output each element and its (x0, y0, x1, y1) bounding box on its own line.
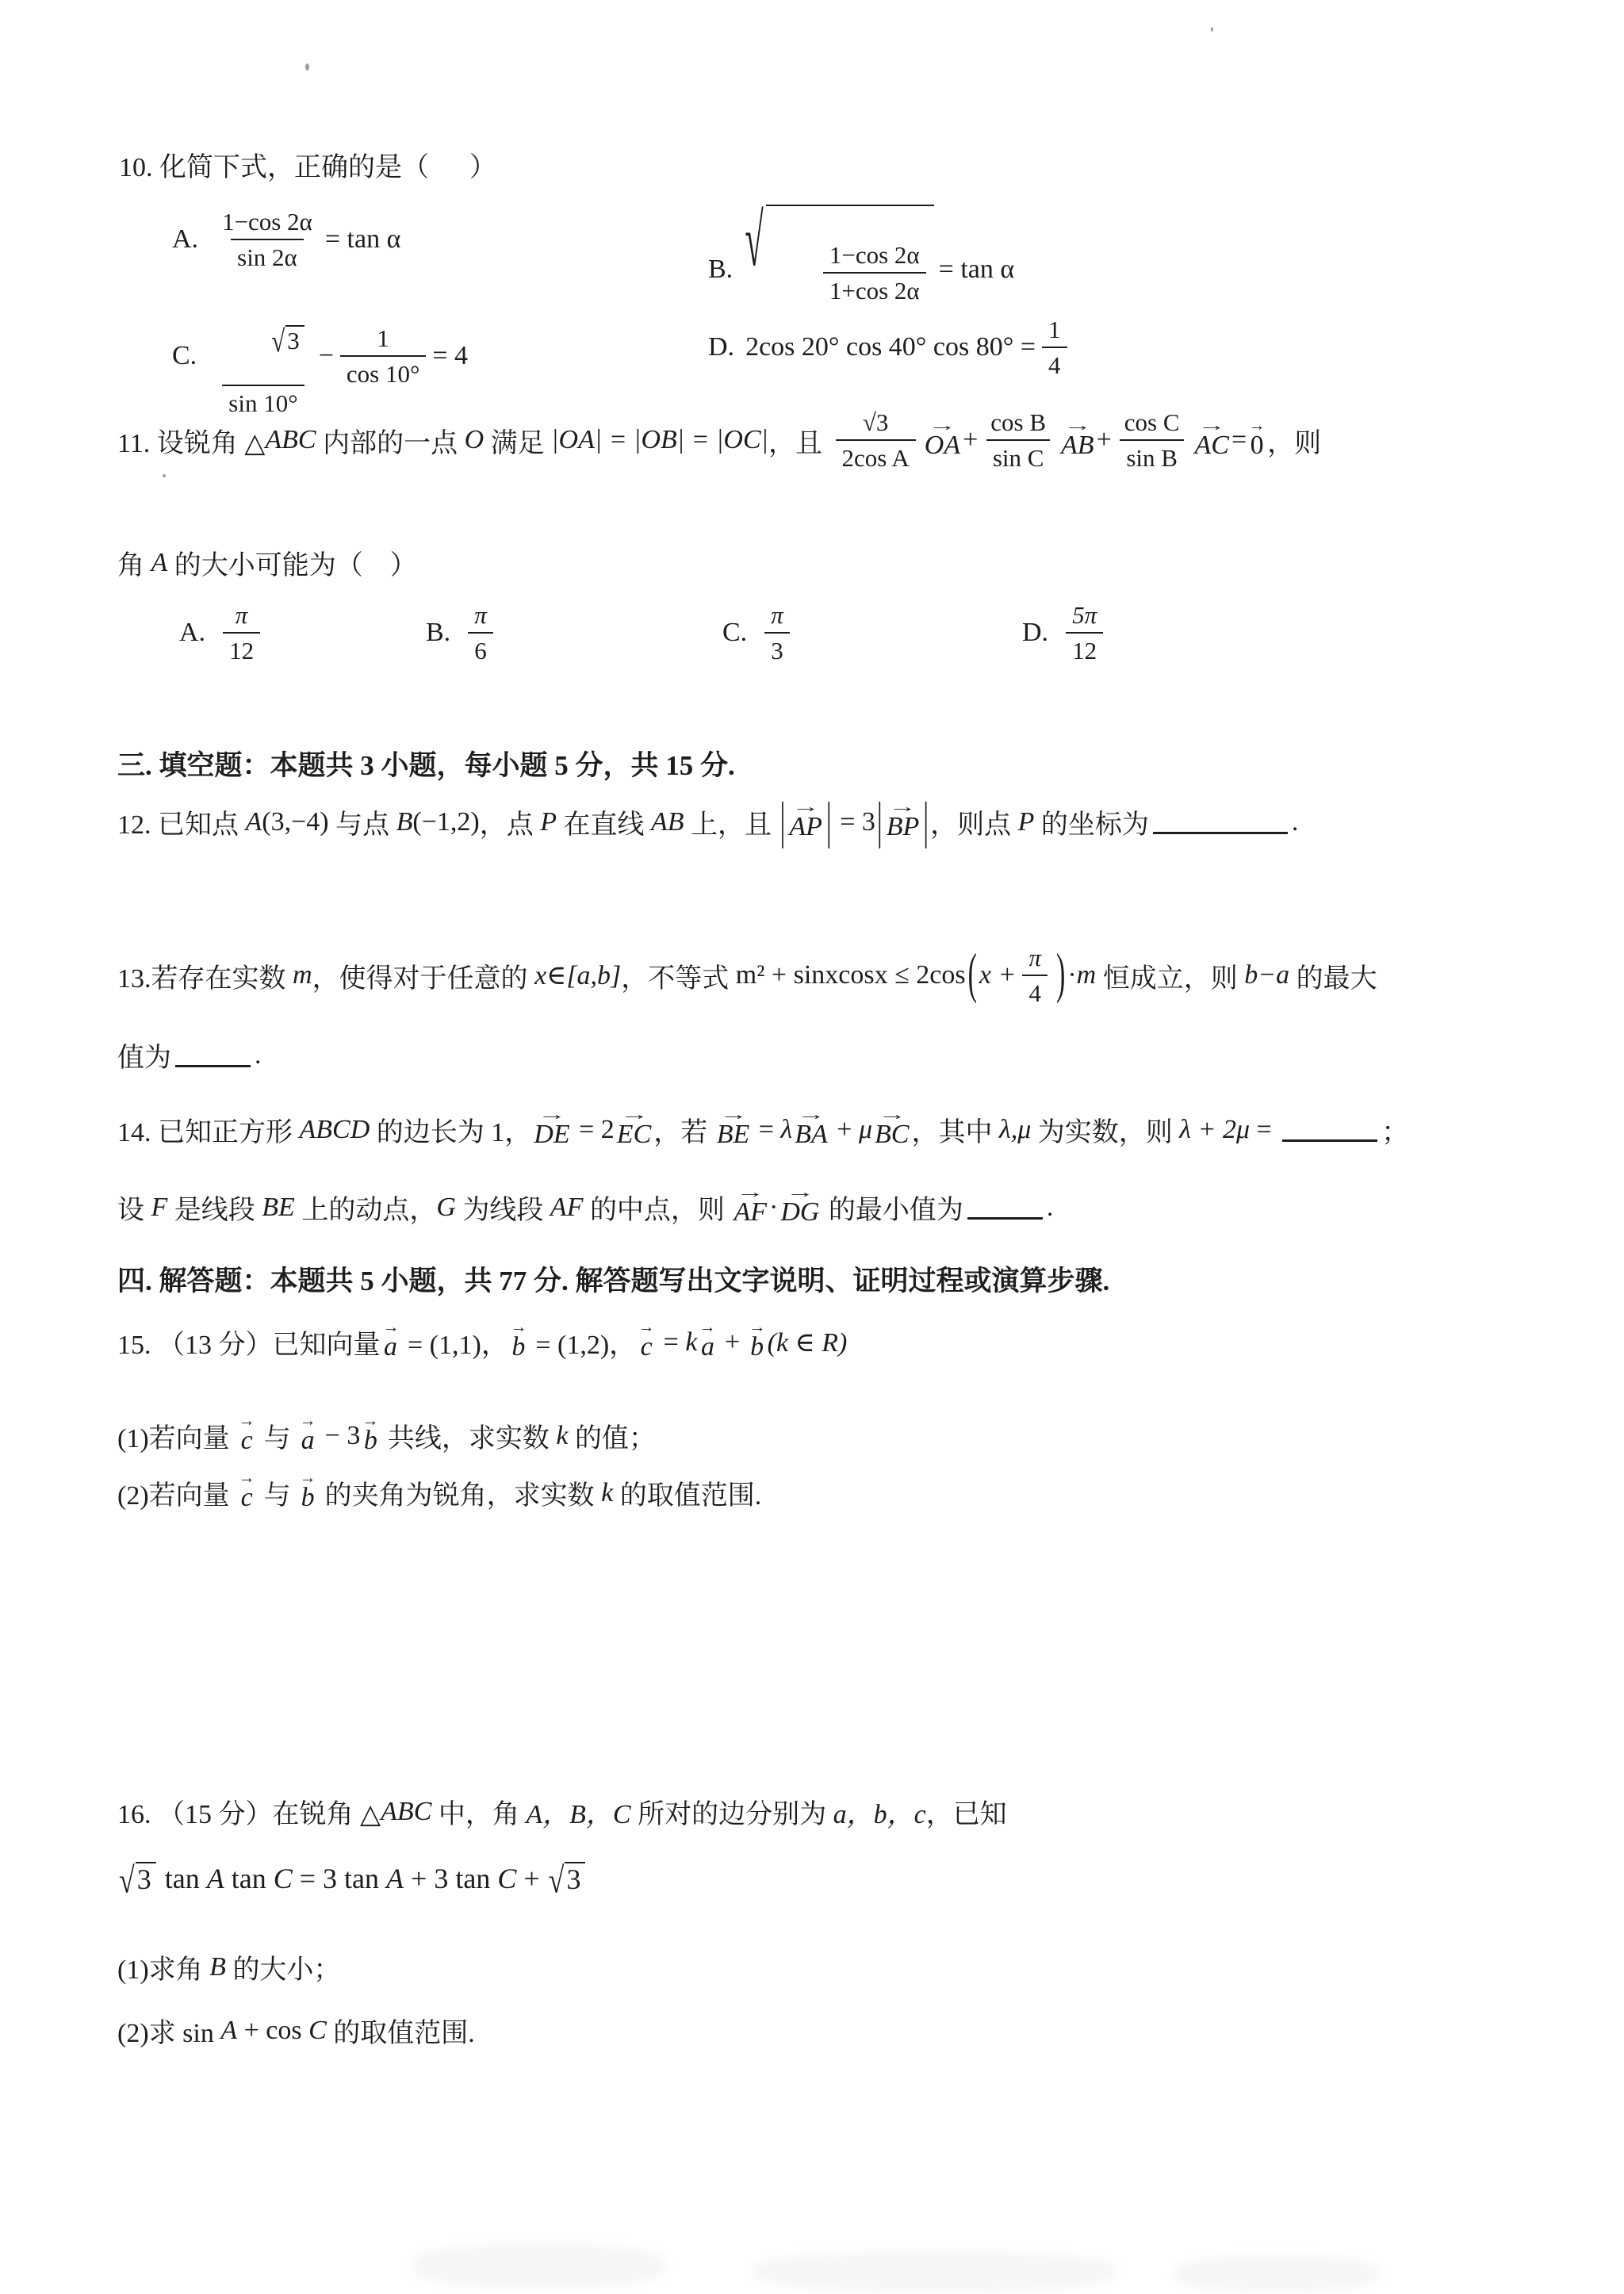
numerator: π (229, 601, 255, 632)
section-4-header: 四. 解答题：本题共 5 小题，共 77 分. 解答题写出文字说明、证明过程或演… (117, 1259, 1109, 1299)
vector-base: OA (925, 431, 960, 460)
text-run: 值为 (117, 1036, 171, 1074)
radicand: 3 (565, 1862, 585, 1895)
text-run: 满足 (484, 421, 551, 460)
dot-operator: · (1067, 960, 1076, 990)
q14-stem: 14. 已知正方形 ABCD 的边长为 1， → DE = 2 → EC ，若 … (117, 1110, 1408, 1149)
text-run: = 3 (833, 807, 875, 837)
option-label: D. (1022, 618, 1048, 648)
equals-sign: = (1250, 1115, 1278, 1145)
point-name: F (151, 1193, 168, 1223)
q12-stem: 12. 已知点 A(3,−4) 与点 B(−1,2)，点 P 在直线 AB 上，… (117, 802, 1298, 841)
exam-page: 10. 化简下式，正确的是（ ） A. 1−cos 2α sin 2α = ta… (0, 0, 1624, 2294)
text-run: 14. 已知正方形 (117, 1110, 300, 1149)
left-paren: ( (966, 944, 979, 1006)
vector-arrow-icon: → (888, 802, 917, 813)
operator-text: = 3 tan (293, 1862, 386, 1895)
angle-name: C (497, 1862, 516, 1895)
option-label: B. (708, 255, 733, 285)
variable: m (1077, 960, 1097, 990)
vector-arrow-icon: → (362, 1416, 379, 1427)
text-run: 共线，求实数 (381, 1416, 556, 1455)
denominator: 3 (764, 632, 790, 665)
numerator: 1−cos 2α (823, 241, 926, 272)
text-run: 内部的一点 (316, 421, 465, 460)
vector-c: → c (638, 1323, 654, 1361)
fraction: 1 cos 10° (340, 324, 426, 388)
text-run: 的边长为 1， (370, 1110, 531, 1149)
vector-base: b (511, 1333, 525, 1361)
vector-c: → c (239, 1473, 255, 1512)
angle-name: A (151, 548, 168, 578)
minus-sign: − (319, 341, 334, 371)
abs-bar: | (921, 793, 930, 850)
vector-b: → b (362, 1416, 378, 1455)
vector-base: c (641, 1333, 653, 1361)
vector-base: DG (780, 1198, 819, 1227)
numerator: cos B (984, 408, 1052, 439)
text-run: = (1,1)， (401, 1323, 508, 1361)
q15-stem: 15. （13 分）已知向量 → a = (1,1)， → b = (1,2)，… (117, 1323, 847, 1361)
square-name: ABCD (300, 1115, 370, 1145)
equation-lhs: 2cos 20° cos 40° cos 80° = (745, 332, 1036, 362)
text-run: 15. （13 分）已知向量 (117, 1323, 381, 1361)
vector-arrow-icon: → (382, 1323, 399, 1333)
point-name: O (465, 425, 485, 455)
vector-arrow-icon: → (510, 1323, 527, 1333)
vector-arrow-icon: → (736, 1188, 764, 1198)
numerator: 1 (370, 324, 396, 355)
text-run: = (752, 1115, 780, 1145)
denominator: 4 (1042, 347, 1067, 380)
dot-operator: · (769, 1193, 778, 1223)
vector-a: → a (300, 1416, 316, 1455)
vector-DE: → DE (534, 1110, 569, 1149)
vector-base: 0 (1251, 431, 1264, 460)
coords: (3,−4) (262, 807, 328, 837)
answer-blank (1153, 830, 1288, 834)
vector-base: a (701, 1333, 714, 1361)
text-run: 的取值范围. (613, 1473, 761, 1512)
fraction: cos B sin C (984, 408, 1052, 472)
text-run: ，则点 (930, 802, 1018, 841)
text-run: (2)若向量 (117, 1473, 236, 1512)
vector-arrow-icon: → (797, 1110, 825, 1120)
text-run: 的最小值为 (822, 1188, 963, 1227)
denominator: sin 2α (231, 239, 304, 272)
expression: λ + 2μ (1179, 1115, 1250, 1145)
radical-sign: √ (549, 1862, 565, 1898)
text-run: ，不等式 (621, 956, 736, 995)
q10-option-a: A. 1−cos 2α sin 2α = tan α (172, 208, 400, 271)
equals-sign: = (1231, 425, 1247, 455)
scalars: λ,μ (999, 1115, 1031, 1145)
text-run: = (1,2)， (529, 1323, 636, 1361)
vector-BC: → BC (875, 1110, 909, 1149)
vector-arrow-icon: → (1063, 421, 1092, 431)
text-run: 的坐标为 (1034, 802, 1149, 841)
angle-name: A (220, 2016, 237, 2046)
numerator: π (764, 601, 790, 632)
vector-base: b (750, 1333, 764, 1361)
q11-option-a: A. π 12 (179, 601, 266, 664)
numerator: √ 3 (214, 295, 312, 385)
text-run: 中，角 (431, 1792, 526, 1831)
text-run: (1)求角 (117, 1947, 209, 1986)
denominator: sin B (1120, 439, 1184, 473)
radicand: 3 (136, 1862, 156, 1895)
radicand: 3 (285, 325, 304, 354)
angle-name: C (274, 1862, 293, 1895)
scan-speck (163, 474, 166, 477)
vector-base: AF (733, 1198, 767, 1227)
coords: (−1,2) (412, 807, 479, 837)
operator-text: tan (158, 1862, 207, 1895)
vector-arrow-icon: → (239, 1473, 255, 1484)
period: . (1292, 807, 1299, 837)
vector-a: → a (699, 1323, 715, 1361)
plus-sign: + (963, 425, 978, 455)
fraction: cos C sin B (1118, 408, 1186, 472)
text-run: ，点 (480, 802, 541, 841)
q10-stem-text: 10. 化简下式，正确的是（ ） (119, 145, 496, 184)
scalar-k: k (556, 1421, 568, 1451)
numerator: 1 (1042, 316, 1067, 347)
q10-option-d: D. 2cos 20° cos 40° cos 80° = 1 4 (708, 316, 1074, 379)
vector-BP: → BP (887, 802, 920, 841)
equation-rhs: = 4 (432, 341, 468, 371)
vector-arrow-icon: → (1197, 421, 1226, 431)
scalar-lambda: λ (780, 1115, 792, 1145)
numerator: π (468, 601, 493, 632)
vector-zero: → 0 (1249, 421, 1265, 460)
text-run: 与点 (329, 802, 396, 841)
q13-answer-line: 值为 . (117, 1036, 262, 1074)
text-run: 角 (117, 543, 151, 582)
vector-base: DE (534, 1120, 569, 1149)
point-name: P (540, 807, 557, 837)
option-label: B. (426, 618, 450, 648)
vector-base: AB (1061, 431, 1094, 460)
scalar-k: k (685, 1327, 697, 1358)
vector-arrow-icon: → (620, 1110, 649, 1120)
q14-line2: 设 F 是线段 BE 上的动点，G 为线段 AF 的中点，则 → AF · → … (117, 1188, 1053, 1227)
numerator: cos C (1118, 408, 1186, 439)
fraction: √3 2cos A (836, 408, 916, 472)
text-run: 与 (257, 1473, 297, 1512)
scan-smudge (412, 2244, 666, 2288)
angle-name: B (209, 1952, 226, 1982)
segment-name: AF (550, 1193, 584, 1223)
text-run: 是线段 (167, 1188, 262, 1227)
option-label: C. (172, 341, 197, 371)
radical: √ 3 (549, 1862, 586, 1895)
abs-equalities: |OA| = |OB| = |OC| (551, 425, 768, 455)
vector-a: → a (383, 1323, 399, 1361)
fraction: 1 4 (1042, 316, 1067, 379)
q11-option-b: B. π 6 (426, 601, 500, 664)
q16-formula: √ 3 tan A tan C = 3 tan A + 3 tan C + √ … (117, 1862, 587, 1895)
period: . (255, 1040, 262, 1070)
scalar-k: k (601, 1478, 613, 1508)
expression: b−a (1244, 960, 1289, 990)
vector-base: BP (887, 813, 920, 841)
text-run: 16. （15 分）在锐角 △ (117, 1792, 381, 1831)
radical-sign: √ (119, 1862, 135, 1898)
vector-AC: → AC (1195, 421, 1229, 460)
equals-sign: = (657, 1327, 685, 1358)
vector-arrow-icon: → (878, 1110, 906, 1120)
answer-blank (1282, 1138, 1377, 1142)
vector-base: c (241, 1427, 253, 1455)
q10-option-c: C. √ 3 sin 10° − 1 cos 10° = 4 (172, 295, 468, 417)
q13-stem: 13.若存在实数 m，使得对于任意的 x∈[a,b]，不等式 m² + sinx… (117, 944, 1377, 1007)
vector-arrow-icon: → (300, 1473, 316, 1484)
vector-BA: → BA (795, 1110, 828, 1149)
vector-BE: → BE (717, 1110, 750, 1149)
vector-OA: → OA (925, 421, 960, 460)
q11-option-c: C. π 3 (722, 601, 796, 664)
text-run: 上的动点， (295, 1188, 437, 1227)
vector-b: → b (300, 1473, 316, 1512)
point-name: A (246, 807, 262, 837)
text-run: 的大小可能为（ ） (167, 543, 417, 582)
text-run: 的取值范围. (327, 2011, 475, 2050)
answer-blank (175, 1063, 251, 1067)
text-run: 所对的边分别为 (631, 1792, 833, 1831)
vector-AP: → AP (789, 802, 822, 841)
text-run: ，且 (768, 421, 829, 460)
variable: m (293, 960, 312, 990)
vector-base: c (241, 1484, 253, 1512)
scalar-mu: μ (859, 1115, 872, 1145)
vector-arrow-icon: → (791, 802, 820, 813)
operator-text: + (516, 1862, 546, 1895)
q15-part1: (1)若向量 → c 与 → a − 3 → b 共线，求实数 k 的值； (117, 1416, 656, 1455)
plus-sign: + (1097, 425, 1112, 455)
fraction: 1−cos 2α sin 2α (216, 208, 319, 271)
interval: x∈[a,b] (534, 959, 621, 991)
denominator: sin C (986, 439, 1051, 473)
triangle-name: ABC (381, 1797, 431, 1827)
angle-name: C (308, 2016, 327, 2046)
option-label: D. (708, 332, 734, 362)
radical-sign: √ (271, 325, 285, 357)
period: . (1047, 1193, 1054, 1223)
angle-name: A (386, 1862, 404, 1895)
plus-sign: + (718, 1327, 746, 1358)
vector-arrow-icon: → (749, 1323, 765, 1333)
answer-blank (967, 1216, 1043, 1220)
option-label: A. (179, 618, 205, 648)
fraction: 5π 12 (1066, 601, 1103, 664)
vector-arrow-icon: → (928, 421, 956, 431)
vector-EC: → EC (617, 1110, 651, 1149)
vector-base: a (384, 1333, 397, 1361)
numerator: 1−cos 2α (216, 208, 319, 239)
side-names: a，b，c (833, 1792, 926, 1831)
q16-stem: 16. （15 分）在锐角 △ABC 中，角 A，B，C 所对的边分别为 a，b… (117, 1792, 1007, 1831)
denominator: 12 (1066, 632, 1103, 665)
numerator: 5π (1066, 601, 1103, 632)
text-run: 在直线 (557, 802, 651, 841)
text-run: = 2 (573, 1115, 615, 1145)
vector-base: AP (789, 813, 822, 841)
abs-bar: | (779, 793, 787, 850)
text-run: 13.若存在实数 (117, 956, 293, 995)
angle-name: A (207, 1862, 224, 1895)
vector-base: BC (875, 1120, 909, 1149)
denominator: 2cos A (836, 439, 916, 473)
text-run: ，则 (1267, 421, 1321, 460)
scan-smudge (753, 2252, 1118, 2292)
fraction: π 4 (1022, 944, 1048, 1007)
option-label: A. (172, 224, 198, 255)
vector-arrow-icon: → (1249, 421, 1266, 431)
q16-part2: (2)求 sin A + cos C 的取值范围. (117, 2011, 475, 2050)
text-run: 设 (117, 1188, 151, 1227)
q11-option-d: D. 5π 12 (1022, 601, 1109, 664)
denominator: 1+cos 2α (823, 272, 926, 305)
fraction: π 6 (468, 601, 493, 664)
text-run: ，使得对于任意的 (312, 956, 535, 995)
text-run: (2)求 sin (117, 2011, 220, 2050)
operator-text: + 3 tan (404, 1862, 497, 1895)
inequality-lhs: m² + sinxcosx ≤ 2cos (736, 960, 966, 990)
vector-base: AC (1195, 431, 1229, 460)
text-run: 12. 已知点 (117, 802, 246, 841)
abs-bar: | (825, 793, 833, 850)
equation-rhs: = tan α (939, 255, 1015, 285)
abs-bar: | (875, 793, 884, 850)
point-name: P (1018, 807, 1035, 837)
scan-speck (305, 63, 309, 71)
text-run: 与 (257, 1416, 297, 1455)
text-run: 上，且 (684, 802, 779, 841)
triangle-name: ABC (265, 425, 316, 455)
vector-c: → c (239, 1416, 255, 1455)
point-name: B (396, 807, 413, 837)
section-3-header: 三. 填空题：本题共 3 小题，每小题 5 分，共 15 分. (117, 744, 735, 783)
numerator: √3 (856, 408, 895, 439)
equation-rhs: = tan α (325, 224, 401, 255)
fraction: √ 3 sin 10° (214, 295, 312, 417)
radical-sign: √ (745, 206, 764, 281)
denominator: cos 10° (340, 355, 426, 389)
fraction: π 12 (223, 601, 260, 664)
vector-base: BA (795, 1120, 828, 1149)
plus-sign: + (830, 1115, 859, 1145)
q15-part2: (2)若向量 → c 与 → b 的夹角为锐角，求实数 k 的取值范围. (117, 1473, 761, 1512)
text-run: 恒成立，则 (1096, 956, 1244, 995)
vector-base: EC (617, 1120, 651, 1149)
operator-text: tan (224, 1862, 274, 1895)
vector-base: a (301, 1427, 315, 1455)
text-run: 的中点，则 (583, 1188, 731, 1227)
vector-AB: → AB (1061, 421, 1094, 460)
section-header-text: 四. 解答题：本题共 5 小题，共 77 分. 解答题写出文字说明、证明过程或演… (117, 1259, 1109, 1299)
section-header-text: 三. 填空题：本题共 3 小题，每小题 5 分，共 15 分. (117, 744, 735, 783)
radical: √ 3 (119, 1862, 156, 1895)
semicolon: ； (1381, 1110, 1408, 1149)
denominator: 6 (468, 632, 493, 665)
text-run: 的最大 (1289, 956, 1377, 995)
point-name: G (436, 1193, 456, 1223)
domain-note: (k ∈ R) (768, 1327, 848, 1358)
text-run: 为线段 (456, 1188, 550, 1227)
denominator: 4 (1022, 975, 1048, 1008)
numerator: π (1022, 944, 1048, 975)
vector-arrow-icon: → (699, 1323, 716, 1333)
q11-stem: 11. 设锐角 △ABC 内部的一点 O 满足 |OA| = |OB| = |O… (117, 408, 1321, 472)
vector-arrow-icon: → (300, 1416, 316, 1427)
denominator: 12 (223, 632, 260, 665)
vector-base: BE (717, 1120, 750, 1149)
vector-base: b (364, 1427, 377, 1455)
right-paren: ) (1054, 944, 1067, 1006)
text-run: + cos (237, 2016, 308, 2046)
text-run: 的大小； (226, 1947, 341, 1986)
vector-arrow-icon: → (786, 1188, 814, 1198)
vector-b: → b (511, 1323, 527, 1361)
text-run: 11. 设锐角 △ (117, 421, 265, 460)
text-run: ，已知 (926, 1792, 1007, 1831)
text-run: 的夹角为锐角，求实数 (318, 1473, 601, 1512)
text-run: ，若 (653, 1110, 714, 1149)
scan-smudge (1174, 2256, 1380, 2292)
fraction: π 3 (764, 601, 790, 664)
text-run: ，其中 (911, 1110, 999, 1149)
vector-b: → b (749, 1323, 765, 1361)
vector-arrow-icon: → (239, 1416, 255, 1427)
q11-question-line: 角 A 的大小可能为（ ） (117, 543, 417, 582)
radical: √ 3 (271, 325, 304, 354)
vector-DG: → DG (780, 1188, 819, 1227)
segment-name: BE (262, 1193, 295, 1223)
text-run: 为实数，则 (1031, 1110, 1179, 1149)
vector-arrow-icon: → (719, 1110, 748, 1120)
angle-names: A，B，C (526, 1792, 630, 1831)
q16-part1: (1)求角 B 的大小； (117, 1947, 340, 1986)
option-label: C. (722, 618, 747, 648)
fraction: 1−cos 2α 1+cos 2α (823, 241, 926, 304)
text-run: − 3 (318, 1421, 360, 1451)
variable: x + (979, 960, 1017, 990)
vector-arrow-icon: → (538, 1110, 566, 1120)
vector-base: b (301, 1484, 315, 1512)
text-run: 的值； (568, 1416, 656, 1455)
q10-stem: 10. 化简下式，正确的是（ ） (119, 145, 496, 184)
vector-arrow-icon: → (638, 1323, 655, 1333)
text-run: (1)若向量 (117, 1416, 236, 1455)
line-name: AB (651, 807, 684, 837)
vector-AF: → AF (733, 1188, 767, 1227)
scan-speck (1211, 27, 1213, 32)
